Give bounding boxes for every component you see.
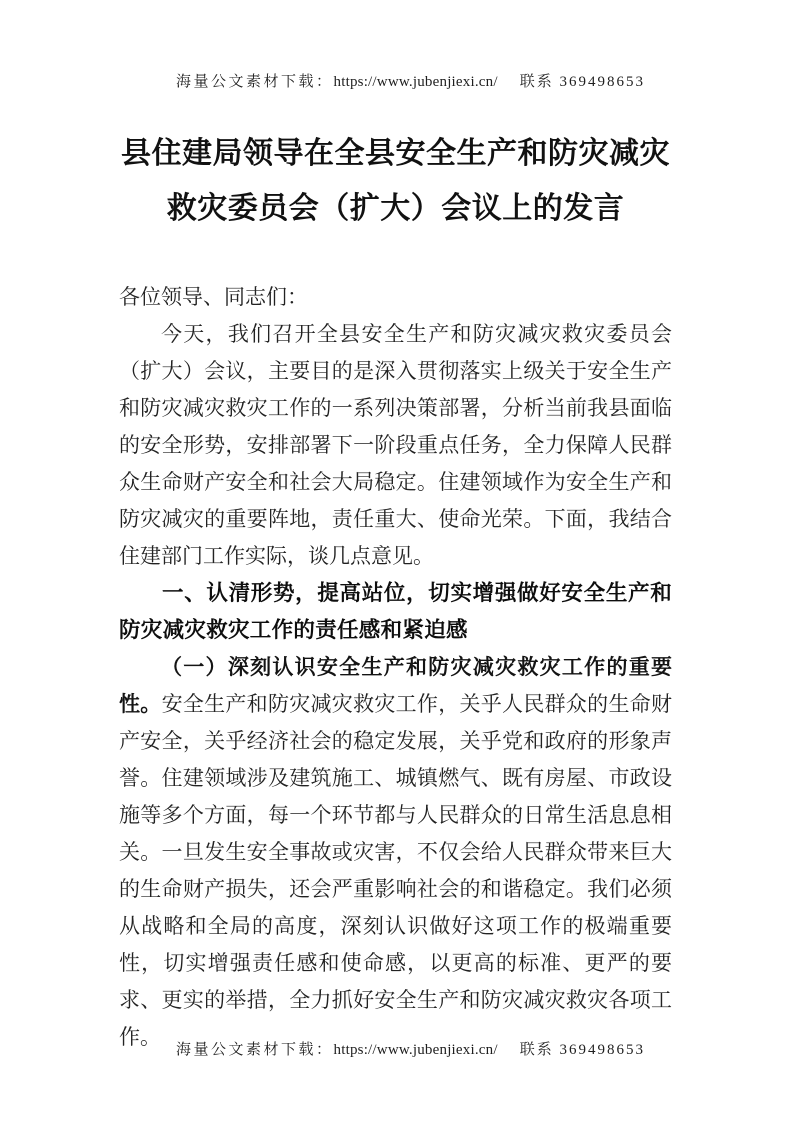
watermark-contact: 联系 369498653 — [520, 1042, 645, 1058]
paragraph-section-1: （一）深刻认识安全生产和防灾减灾救灾工作的重要性。安全生产和防灾减灾救灾工作，关… — [119, 649, 672, 1056]
page-footer-watermark: 海量公文素材下载：https://www.jubenjiexi.cn/联系 36… — [0, 1038, 793, 1059]
watermark-url: https://www.jubenjiexi.cn/ — [334, 74, 498, 90]
document-body: 各位领导、同志们： 今天，我们召开全县安全生产和防灾减灾救灾委员会（扩大）会议，… — [119, 279, 672, 1056]
watermark-label: 海量公文素材下载： — [176, 1042, 334, 1058]
paragraph-section-1-text: 安全生产和防灾减灾救灾工作，关乎人民群众的生命财产安全，关乎经济社会的稳定发展，… — [119, 692, 672, 1049]
watermark-contact: 联系 369498653 — [520, 74, 645, 90]
salutation-line: 各位领导、同志们： — [119, 279, 672, 316]
document-title: 县住建局领导在全县安全生产和防灾减灾救灾委员会（扩大）会议上的发言 — [119, 126, 672, 236]
page-header-watermark: 海量公文素材下载：https://www.jubenjiexi.cn/联系 36… — [0, 70, 793, 91]
document-page: 海量公文素材下载：https://www.jubenjiexi.cn/联系 36… — [0, 0, 793, 1122]
watermark-label: 海量公文素材下载： — [176, 74, 334, 90]
watermark-url: https://www.jubenjiexi.cn/ — [334, 1042, 498, 1058]
paragraph-opening: 今天，我们召开全县安全生产和防灾减灾救灾委员会（扩大）会议，主要目的是深入贯彻落… — [119, 316, 672, 575]
section-heading-1: 一、认清形势，提高站位，切实增强做好安全生产和防灾减灾救灾工作的责任感和紧迫感 — [119, 575, 672, 649]
